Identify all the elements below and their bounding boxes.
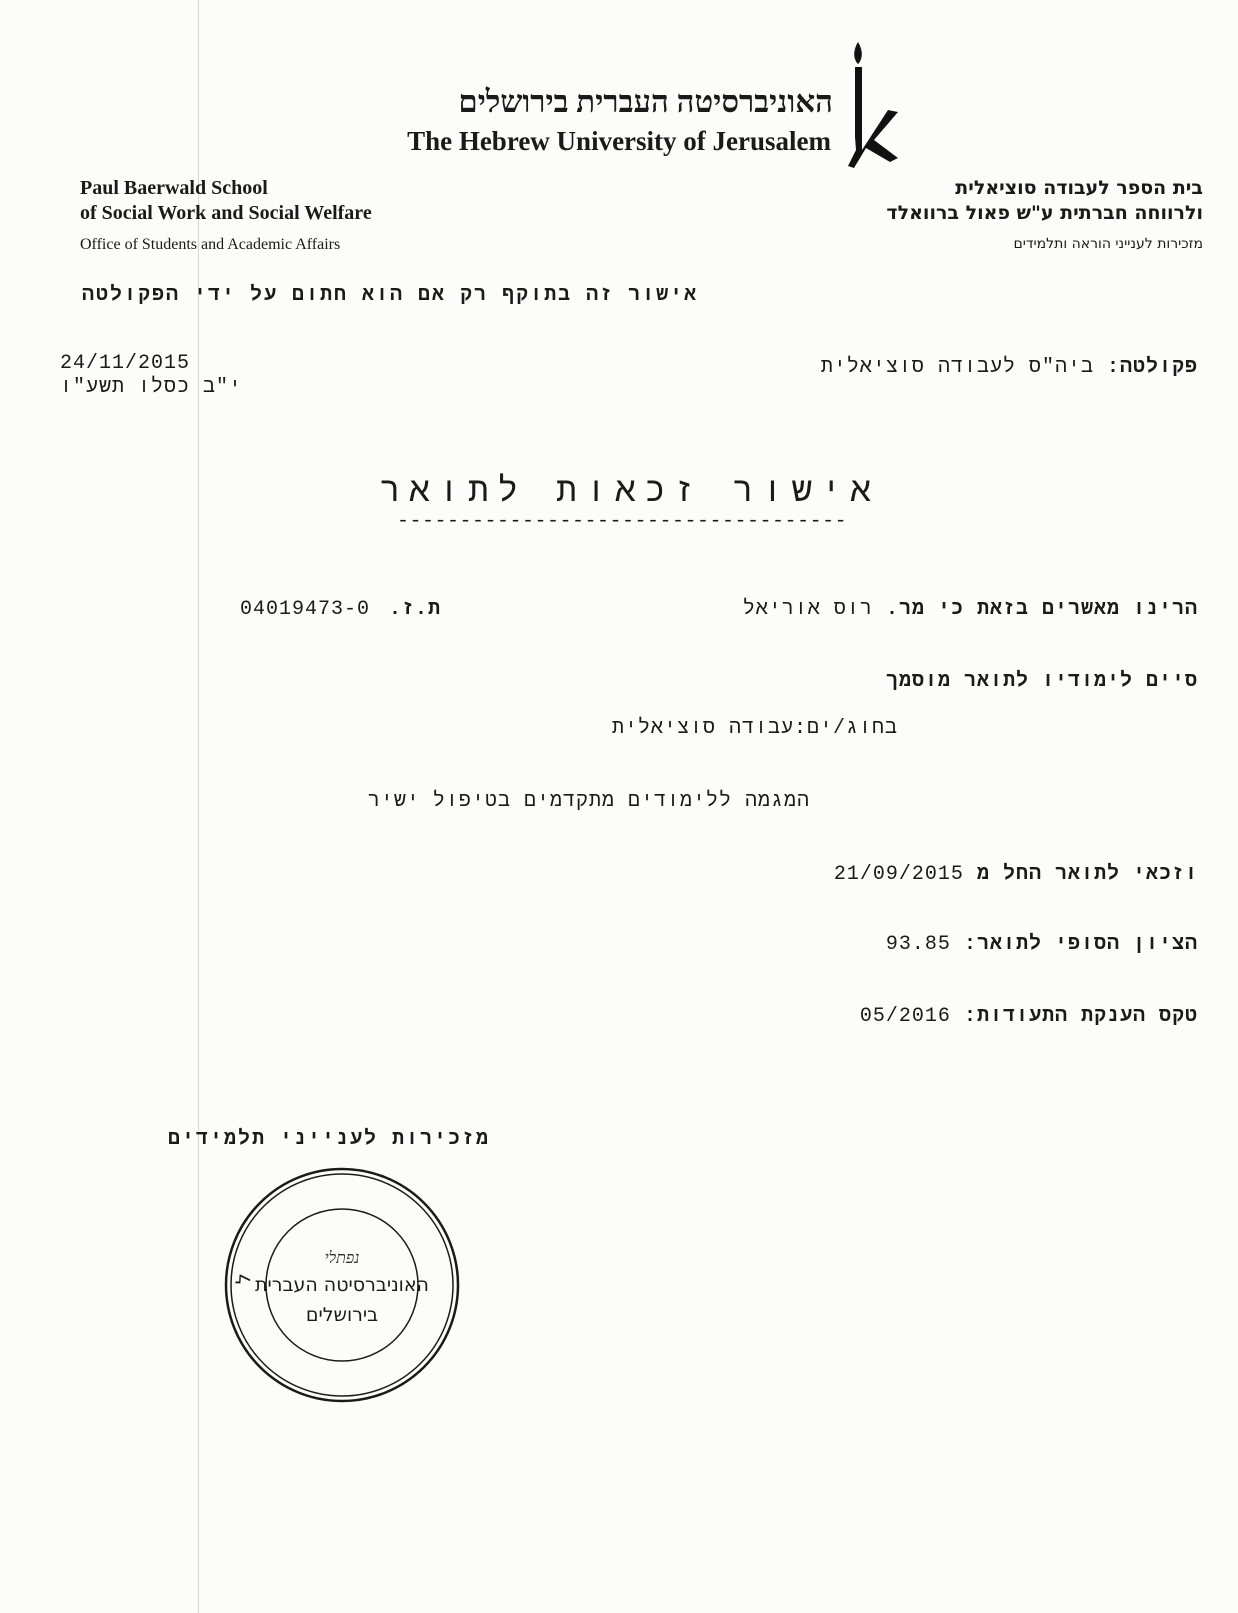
eligible-date: 21/09/2015 [834,863,964,886]
eligible-label: וזכאי לתואר החל מ [977,863,1198,886]
eligibility-line: וזכאי לתואר החל מ 21/09/2015 [834,863,1198,886]
title-underline: ------------------------------------ [397,510,847,533]
school-name-english: Paul Baerwald School of Social Work and … [80,176,372,257]
certify-label: הרינו מאשרים בזאת כי מר. [886,598,1198,621]
school-name-hebrew: בית הספר לעבודה סוציאלית ולרווחה חברתית … [886,176,1203,257]
school-en-line1: Paul Baerwald School [80,176,372,201]
faculty-line: פקולטה: ביה"ס לעבודה סוציאלית [821,356,1198,379]
id-line: 04019473-0 ת.ז. [240,598,441,621]
id-label: ת.ז. [389,598,441,621]
date-gregorian: 24/11/2015 [60,352,242,376]
university-name-hebrew: האוניברסיטה העברית בירושלים [458,84,833,120]
track: המגמה ללימודים מתקדמים בטיפול ישיר [368,790,810,813]
certify-line: הרינו מאשרים בזאת כי מר. רוס אוריאל [743,598,1198,621]
school-he-line2: ולרווחה חברתית ע"ש פאול ברוואלד [886,201,1203,226]
ceremony-date: 05/2016 [860,1005,951,1028]
grade-value: 93.85 [886,933,951,956]
student-name: רוס אוריאל [743,598,873,621]
document-title: אישור זכאות לתואר [380,474,880,512]
grade-line: הציון הסופי לתואר: 93.85 [886,933,1198,956]
stamp-handwriting: נפתלי [324,1248,359,1267]
grade-label: הציון הסופי לתואר: [964,933,1198,956]
completed-degree: סיים לימודיו לתואר מוסמך [886,670,1198,693]
menorah-logo-icon [848,40,906,168]
validity-notice: אישור זה בתוקף רק אם הוא חתום על ידי הפק… [82,284,698,307]
university-name-english: The Hebrew University of Jerusalem [407,126,831,157]
ceremony-line: טקס הענקת התעודות: 05/2016 [860,1005,1198,1028]
date-hebrew: י"ב כסלו תשע"ו [60,376,242,400]
id-number: 04019473-0 [240,598,370,621]
department: בחוג/ים:עבודה סוציאלית [612,717,898,740]
school-he-line1: בית הספר לעבודה סוציאלית [886,176,1203,201]
stamp-center-line2: בירושלים [306,1304,378,1326]
ceremony-label: טקס הענקת התעודות: [964,1005,1198,1028]
official-stamp: לעבודה סוציאלית ולרווחה חברתית * ע"ש פאו… [222,1165,462,1405]
secretariat-signature: מזכירות לענייני תלמידים [168,1128,490,1151]
faculty-label: פקולטה: [1107,356,1198,379]
stamp-center-line1: האוניברסיטה העברית [255,1274,429,1296]
office-he: מזכירות לענייני הוראה ותלמידים [886,232,1203,257]
office-en: Office of Students and Academic Affairs [80,232,372,257]
school-en-line2: of Social Work and Social Welfare [80,201,372,226]
faculty-value: ביה"ס לעבודה סוציאלית [821,356,1094,379]
date-block: 24/11/2015 י"ב כסלו תשע"ו [60,352,242,400]
